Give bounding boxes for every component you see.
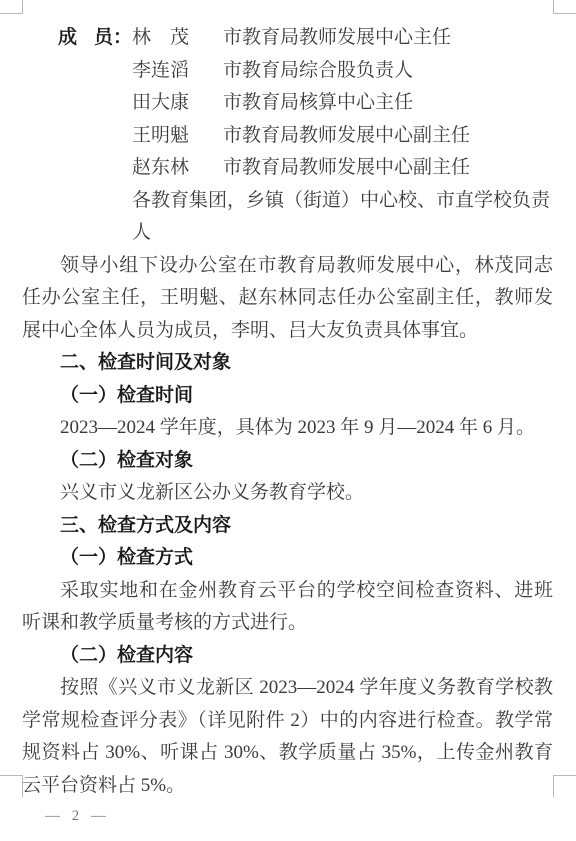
member-row: 成 员： 林 茂 市教育局教师发展中心主任 xyxy=(22,22,553,55)
members-footnote: 各教育集团，乡镇（街道）中心校、市直学校负责人 xyxy=(132,185,553,250)
crop-mark-bottom-left xyxy=(0,775,23,797)
member-label-spacer xyxy=(22,87,132,120)
member-row: 赵东林 市教育局教师发展中心副主任 xyxy=(22,152,553,185)
members-label-second: 员： xyxy=(94,22,132,55)
paragraph-office: 领导小组下设办公室在市教育局教师发展中心，林茂同志任办公室主任，王明魁、赵东林同… xyxy=(22,250,553,348)
member-title: 市教育局教师发展中心主任 xyxy=(223,22,553,55)
member-name: 王明魁 xyxy=(132,120,223,153)
member-name: 田大康 xyxy=(132,87,223,120)
subheading-3-1: （一）检查方式 xyxy=(22,542,553,575)
member-row: 李连滔 市教育局综合股负责人 xyxy=(22,55,553,88)
subheading-2-2: （二）检查对象 xyxy=(22,445,553,478)
member-label-spacer xyxy=(22,152,132,185)
paragraph-check-target: 兴义市义龙新区公办义务教育学校。 xyxy=(22,477,553,510)
section-heading-2: 二、检查时间及对象 xyxy=(22,347,553,380)
paragraph-check-time: 2023—2024 学年度，具体为 2023 年 9 月—2024 年 6 月。 xyxy=(22,412,553,445)
member-name: 林 茂 xyxy=(132,22,223,55)
member-label-spacer xyxy=(22,120,132,153)
document-body: 成 员： 林 茂 市教育局教师发展中心主任 李连滔 市教育局综合股负责人 田大康… xyxy=(22,22,553,802)
document-page: 成 员： 林 茂 市教育局教师发展中心主任 李连滔 市教育局综合股负责人 田大康… xyxy=(0,0,576,841)
member-name: 李连滔 xyxy=(132,55,223,88)
member-label-spacer xyxy=(22,55,132,88)
member-row: 田大康 市教育局核算中心主任 xyxy=(22,87,553,120)
subheading-3-2: （二）检查内容 xyxy=(22,640,553,673)
member-title: 市教育局综合股负责人 xyxy=(223,55,553,88)
members-label-first: 成 xyxy=(58,22,77,55)
member-title: 市教育局教师发展中心副主任 xyxy=(223,152,553,185)
member-name: 赵东林 xyxy=(132,152,223,185)
subheading-2-1: （一）检查时间 xyxy=(22,380,553,413)
crop-mark-top-right xyxy=(553,0,576,14)
paragraph-check-method: 采取实地和在金州教育云平台的学校空间检查资料、进班听课和教学质量考核的方式进行。 xyxy=(22,575,553,640)
members-label: 成 员： xyxy=(22,22,132,55)
member-title: 市教育局核算中心主任 xyxy=(223,87,553,120)
member-row: 王明魁 市教育局教师发展中心副主任 xyxy=(22,120,553,153)
crop-mark-bottom-right xyxy=(553,775,576,797)
section-heading-3: 三、检查方式及内容 xyxy=(22,510,553,543)
paragraph-check-content: 按照《兴义市义龙新区 2023—2024 学年度义务教育学校教学常规检查评分表》… xyxy=(22,672,553,802)
crop-mark-top-left xyxy=(0,0,23,14)
page-number: — 2 — xyxy=(45,808,110,825)
member-title: 市教育局教师发展中心副主任 xyxy=(223,120,553,153)
